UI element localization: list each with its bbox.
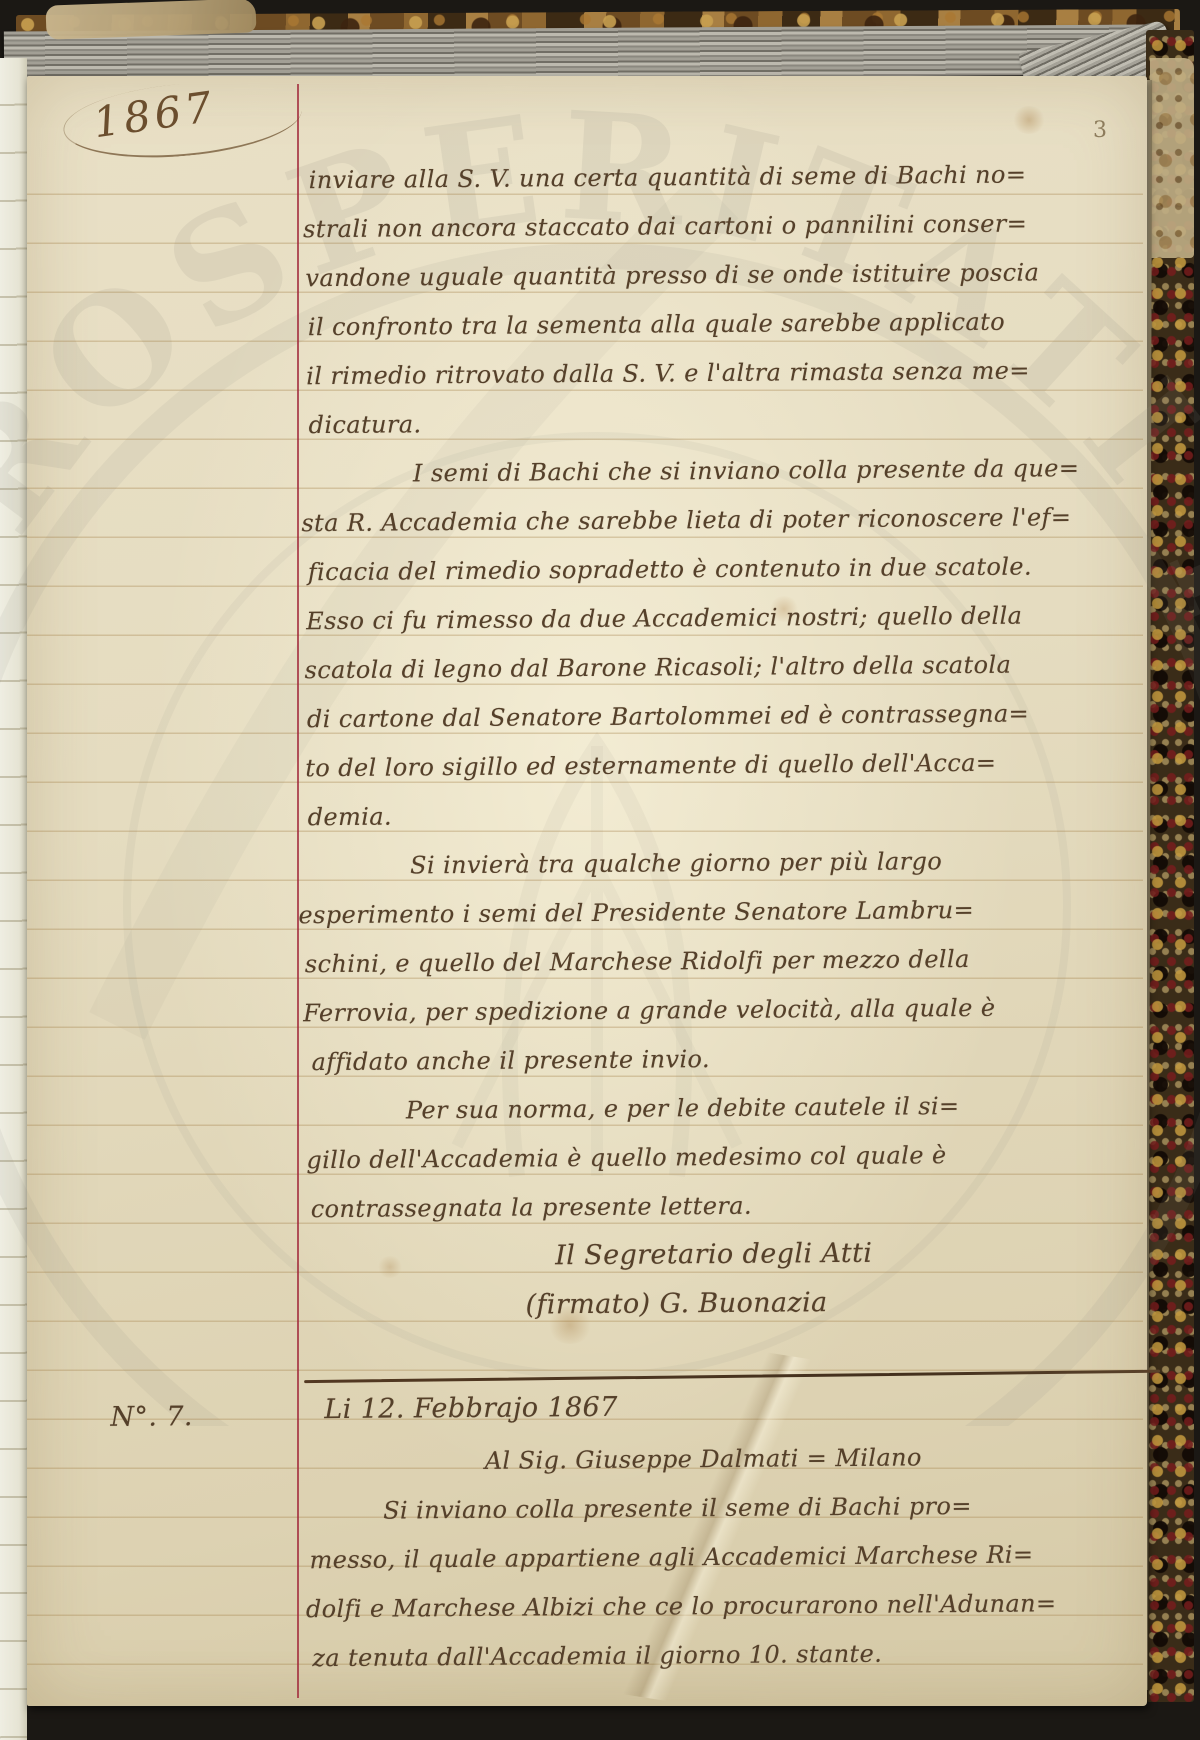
entry-divider-line [304, 1370, 1160, 1383]
signature-role-line: Il Segretario degli Atti [555, 1238, 872, 1271]
manuscript-line: Per sua norma, e per le debite cautele i… [406, 1092, 960, 1124]
manuscript-line: demia. [308, 803, 393, 832]
manuscript-line: vandone uguale quantità presso di se ond… [305, 258, 1039, 292]
manuscript-line: contrassegnata la presente lettera. [311, 1192, 752, 1223]
manuscript-page: PROSPERITATI PVBLICAE 1867 3 inviare all… [27, 76, 1147, 1706]
manuscript-line: ficacia del rimedio sopradetto è contenu… [308, 553, 1032, 587]
manuscript-line: I semi di Bachi che si inviano colla pre… [413, 454, 1080, 487]
date-line: Li 12. Febbrajo 1867 [324, 1392, 618, 1425]
manuscript-line: il confronto tra la sementa alla quale s… [308, 308, 1005, 341]
manuscript-line: sta R. Accademia che sarebbe lieta di po… [301, 503, 1071, 537]
manuscript-line: inviare alla S. V. una certa quantità di… [309, 161, 1027, 195]
signature-line: (firmato) G. Buonazia [525, 1287, 827, 1320]
manuscript-line: to del loro sigillo ed esternamente di q… [305, 749, 996, 782]
manuscript-line: Si inviano colla presente il seme di Bac… [383, 1492, 972, 1525]
manuscript-line: strali non ancora staccato dai cartoni o… [303, 210, 1027, 244]
manuscript-line: dicatura. [309, 410, 422, 439]
recipient-line: Al Sig. Giuseppe Dalmati = Milano [485, 1443, 922, 1474]
manuscript-line: affidato anche il presente invio. [312, 1045, 711, 1076]
manuscript-line: schini, e quello del Marchese Ridolfi pe… [305, 945, 970, 978]
manuscript-line: esperimento i semi del Presidente Senato… [298, 896, 974, 929]
manuscript-line: Ferrovia, per spedizione a grande veloci… [303, 994, 995, 1027]
manuscript-line: Esso ci fu rimesso da due Accademici nos… [306, 602, 1022, 636]
manuscript-line: scatola di legno dal Barone Ricasoli; l'… [304, 651, 1011, 685]
manuscript-line: di cartone dal Senatore Bartolommei ed è… [307, 700, 1029, 734]
book-right-marbled-corner [1150, 58, 1194, 258]
manuscript-line: messo, il quale appartiene agli Accademi… [309, 1541, 1033, 1575]
book-right-marbled-edge [1146, 30, 1194, 1702]
manuscript-line: dolfi e Marchese Albizi che ce lo procur… [306, 1589, 1057, 1623]
entry-number-note: N°. 7. [110, 1401, 193, 1433]
handwriting-block: inviare alla S. V. una certa quantità di… [22, 72, 1155, 1711]
manuscript-line: gillo dell'Accademia è quello medesimo c… [306, 1141, 946, 1174]
scanned-manuscript-photo: { "doc": { "year_annotation": "1867", "p… [0, 0, 1200, 1740]
manuscript-line: za tenuta dall'Accademia il giorno 10. s… [312, 1640, 882, 1672]
manuscript-line: il rimedio ritrovato dalla S. V. e l'alt… [306, 357, 1030, 391]
manuscript-line: Si invierà tra qualche giorno per più la… [410, 847, 942, 879]
